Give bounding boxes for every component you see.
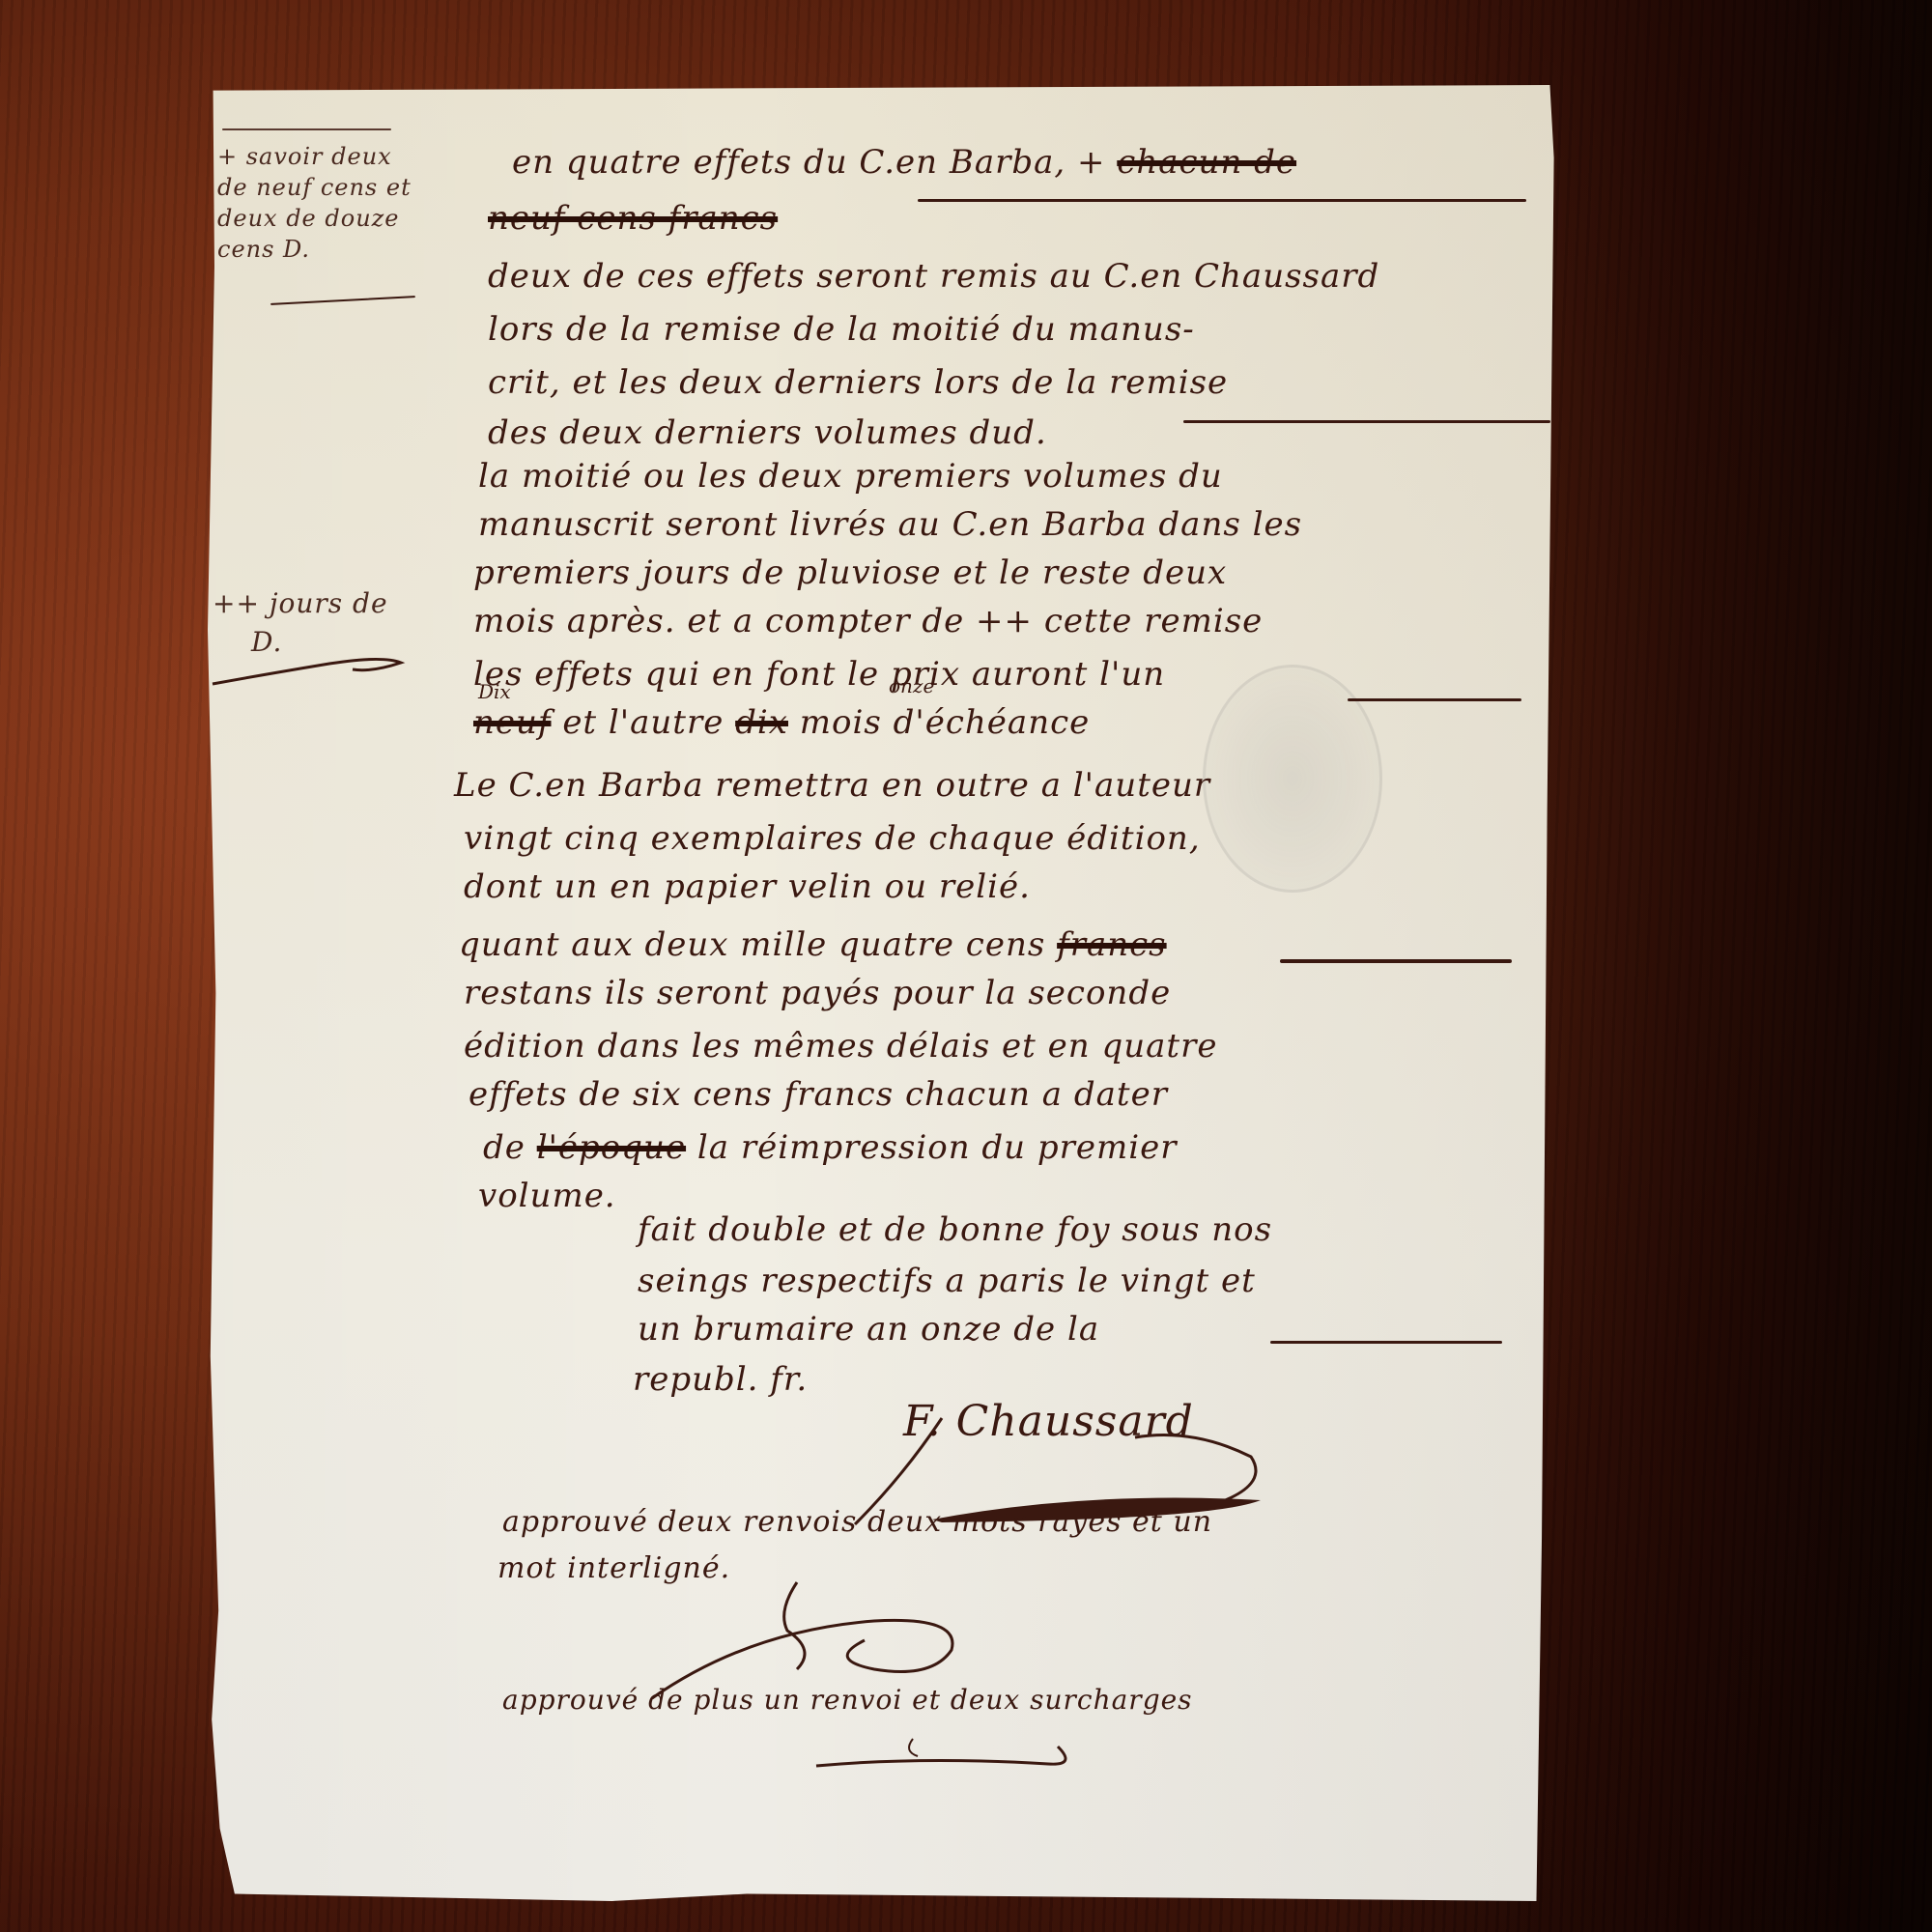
manuscript-page: + savoir deux de neuf cens et deux de do… — [208, 85, 1555, 1901]
body-line: effets de six cens francs chacun a dater — [469, 1075, 1168, 1114]
approval-line: approuvé deux renvois deux mots rayés et… — [502, 1505, 1212, 1539]
body-line: en quatre effets du C.en Barba, + chacun… — [512, 143, 1296, 182]
line-filler-rule — [1280, 959, 1512, 963]
closing-line: republ. fr. — [633, 1360, 808, 1399]
body-line: deux de ces effets seront remis au C.en … — [488, 257, 1379, 296]
margin-note-line: de neuf cens et — [217, 174, 412, 201]
margin-note-line: + savoir deux — [217, 143, 392, 170]
interlinear-correction: onze — [889, 674, 934, 697]
margin-note-line: cens D. — [217, 236, 310, 263]
line-filler-rule — [1183, 420, 1550, 423]
approval-line: approuvé de plus un renvoi et deux surch… — [502, 1684, 1193, 1716]
body-line: neuf et l'autre dix mois d'échéance — [473, 703, 1090, 742]
body-line: les effets qui en font le prix auront l'… — [473, 655, 1165, 694]
body-line: mois après. et a compter de ++ cette rem… — [473, 602, 1263, 640]
body-line: vingt cinq exemplaires de chaque édition… — [464, 819, 1201, 858]
margin-note-line: deux de douze — [217, 205, 400, 232]
closing-line: fait double et de bonne foy sous nos — [638, 1210, 1272, 1249]
body-line: quant aux deux mille quatre cens francs — [459, 925, 1167, 964]
body-line: la moitié ou les deux premiers volumes d… — [478, 457, 1223, 496]
body-line: volume. — [478, 1177, 616, 1215]
body-line: des deux derniers volumes dud. — [488, 413, 1047, 452]
body-line: Le C.en Barba remettra en outre a l'aute… — [454, 766, 1210, 805]
body-line: dont un en papier velin ou relié. — [464, 867, 1031, 906]
struck-text: neuf cens francs — [488, 199, 778, 238]
closing-line: un brumaire an onze de la — [638, 1310, 1099, 1349]
body-line: lors de la remise de la moitié du manus- — [488, 310, 1195, 349]
body-line: premiers jours de pluviose et le reste d… — [473, 554, 1227, 592]
body-line: restans ils seront payés pour la seconde — [464, 974, 1171, 1012]
line-filler-rule — [1348, 698, 1521, 701]
approval-paraph-icon — [807, 1727, 1096, 1785]
closing-line: seings respectifs a paris le vingt et — [638, 1262, 1256, 1300]
body-line: manuscrit seront livrés au C.en Barba da… — [478, 505, 1302, 544]
body-line: édition dans les mêmes délais et en quat… — [464, 1027, 1217, 1065]
line-filler-rule — [918, 199, 1526, 202]
margin-note-line: ++ jours de — [213, 587, 388, 619]
margin-rule — [222, 128, 391, 130]
interlinear-correction: Dix — [478, 680, 511, 703]
line-filler-rule — [1270, 1341, 1502, 1344]
paraph-flourish-icon — [208, 645, 411, 694]
body-line: crit, et les deux derniers lors de la re… — [488, 363, 1228, 402]
body-line: de l'époque la réimpression du premier — [483, 1128, 1178, 1167]
